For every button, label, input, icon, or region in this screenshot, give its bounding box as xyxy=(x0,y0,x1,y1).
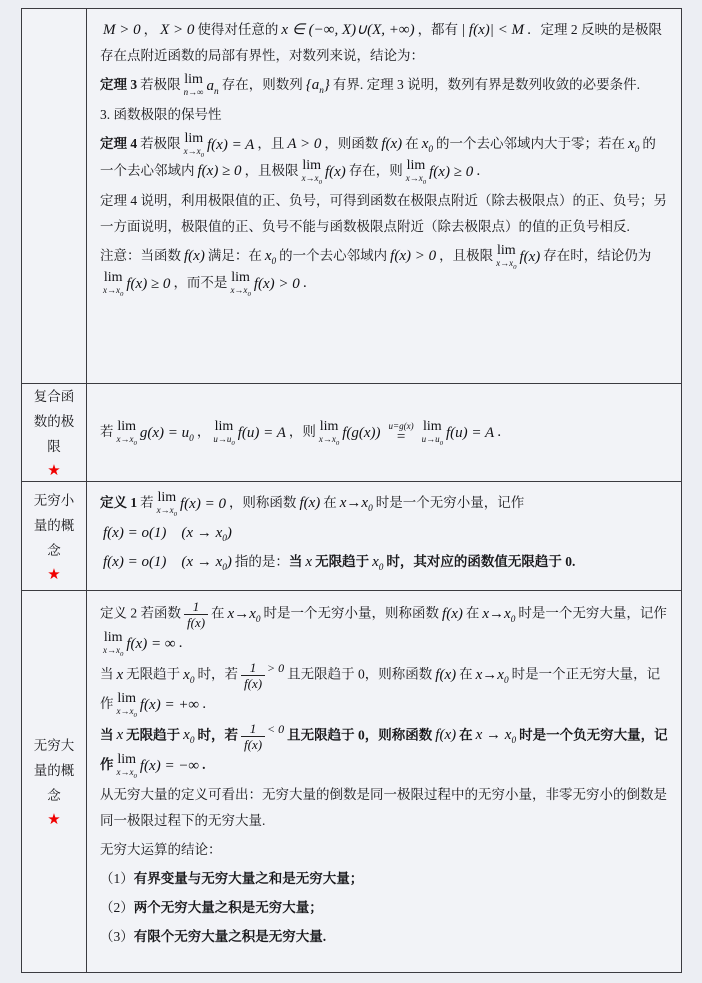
math-inline: x ∈ (−∞, X)∪(X, +∞) xyxy=(281,22,414,38)
paragraph: 当x无限趋于x0时，若1f(x)< 0且无限趋于 0，则称函数f(x)在x → … xyxy=(100,721,669,779)
limit-stack: limx→x0 xyxy=(103,271,123,296)
paragraph: 从无穷大量的定义可看出：无穷大量的倒数是同一极限过程中的无穷小量，非零无穷小的倒… xyxy=(100,782,669,834)
bold-heading: 定义 1 xyxy=(100,495,137,510)
text-run: 无限趋于 xyxy=(126,667,180,682)
math-inline: x0 xyxy=(183,727,194,743)
limit-stack: limx→x0 xyxy=(157,491,177,516)
limit-expression: limx→x0f(x) = +∞ xyxy=(117,692,200,718)
paragraph: （3）有限个无穷大量之积是无穷大量. xyxy=(100,924,669,950)
table-row-infinitesimal-concept: 无穷小量的概念★定义 1若limx→x0f(x) = 0，则称函数f(x)在x→… xyxy=(22,482,681,591)
limit-subscript: x→x0 xyxy=(184,146,204,157)
bold-text-run: . xyxy=(202,757,205,772)
text-run: 注意：当函数 xyxy=(100,248,181,263)
limit-expression: limx→x0f(x) = A xyxy=(184,132,255,158)
text-run: （2） xyxy=(100,900,134,915)
text-run: ， xyxy=(144,22,158,37)
fraction-denominator: f(x) xyxy=(184,614,208,630)
math-inline: f(x) xyxy=(435,667,456,683)
math-inline: f(x) = o(1) (x → x0) xyxy=(103,525,232,541)
limit-expression: limu→u0f(u) = A xyxy=(213,420,286,446)
fraction-comparison: < 0 xyxy=(267,716,284,742)
paragraph: （1）有界变量与无穷大量之和是无穷大量； xyxy=(100,866,669,892)
text-run: ，且极限 xyxy=(245,163,299,178)
text-run: ，而不是 xyxy=(173,275,227,290)
star-icon: ★ xyxy=(47,565,60,585)
math-inline: x0 xyxy=(422,136,433,152)
text-run: 从无穷大量的定义可看出：无穷大量的倒数是同一极限过程中的无穷小量，非零无穷小的倒… xyxy=(100,787,667,828)
text-run: 若极限 xyxy=(140,77,181,92)
text-run: 3. 函数极限的保号性 xyxy=(100,107,222,122)
row-header-label: 复合函 xyxy=(34,384,75,409)
limit-subscript: u→u0 xyxy=(422,434,443,445)
fraction-numerator: 1 xyxy=(248,721,259,736)
text-run: 定义 2 若函数 xyxy=(100,606,181,621)
limit-body: f(x) = ∞ xyxy=(126,631,175,657)
limit-word: lim xyxy=(423,420,442,434)
limit-expression: limx→x0f(x) ≥ 0 xyxy=(103,271,170,297)
paragraph: 3. 函数极限的保号性 xyxy=(100,102,669,128)
row-header-label: 量的概 xyxy=(34,513,75,538)
text-run: 无穷大运算的结论： xyxy=(100,842,222,857)
limit-word: lim xyxy=(231,271,250,285)
text-run: 的一个去心邻域内大于零；若在 xyxy=(436,136,625,151)
limit-body: f(x) ≥ 0 xyxy=(126,271,170,297)
limit-expression: limx→x0g(x) = u0 xyxy=(117,420,194,446)
limit-expression: limx→x0f(x) xyxy=(496,244,540,270)
bold-text-run: 无限趋于 xyxy=(315,554,369,569)
math-inline: A > 0 xyxy=(287,136,321,152)
limit-expression: limx→x0f(g(x)) xyxy=(319,420,381,446)
text-run: 存在，则数列 xyxy=(222,77,303,92)
bold-text-run: 有限个无穷大量之积是无穷大量. xyxy=(134,929,326,944)
paragraph: 无穷大运算的结论： xyxy=(100,837,669,863)
bold-text-run: 有界变量与无穷大量之和是无穷大量； xyxy=(134,871,364,886)
math-inline: X > 0 xyxy=(160,22,194,38)
fraction-denominator: f(x) xyxy=(241,736,265,752)
text-run: ． xyxy=(476,163,490,178)
text-run: 在 xyxy=(459,667,473,682)
fraction: 1f(x)< 0 xyxy=(241,721,284,752)
limit-stack: limx→x0 xyxy=(117,420,137,445)
math-inline: x xyxy=(305,554,312,570)
limit-expression: limu→u0f(u) = A xyxy=(422,420,495,446)
math-inline: | f(x)| < M xyxy=(461,22,524,38)
paragraph: 定理 3若极限limn→∞an存在，则数列{an}有界. 定理 3 说明，数列有… xyxy=(100,72,669,99)
limit-expression: limn→∞an xyxy=(184,73,219,99)
paragraph: 定理 4若极限limx→x0f(x) = A，且A > 0，则函数f(x)在x0… xyxy=(100,131,669,185)
math-inline: f(x) ≥ 0 xyxy=(198,163,242,179)
math-inline: f(x) xyxy=(435,727,456,743)
limit-stack: limx→x0 xyxy=(496,244,516,269)
text-run: （1） xyxy=(100,871,134,886)
text-run: 时是一个无穷小量，记作 xyxy=(376,495,525,510)
text-run: ． xyxy=(303,275,317,290)
limit-stack: limu→u0 xyxy=(213,420,234,445)
row-content-cell: M > 0，X > 0使得对任意的x ∈ (−∞, X)∪(X, +∞)，都有|… xyxy=(87,9,681,383)
star-icon: ★ xyxy=(47,810,60,830)
text-run: （3） xyxy=(100,929,134,944)
math-inline: x xyxy=(117,727,124,743)
text-run: ． xyxy=(179,635,193,650)
math-inline: x0 xyxy=(372,554,383,570)
math-inline: x→x0 xyxy=(228,606,261,622)
text-run: 在 xyxy=(466,606,480,621)
text-run: 的一个去心邻域内 xyxy=(279,248,387,263)
limit-stack: limx→x0 xyxy=(103,631,123,656)
paragraph: 当x无限趋于x0时，若1f(x)> 0且无限趋于 0，则称函数f(x)在x→x0… xyxy=(100,660,669,718)
text-run: ． xyxy=(497,424,511,439)
text-run: 使得对任意的 xyxy=(197,22,278,37)
limit-expression: limx→x0f(x) > 0 xyxy=(230,271,299,297)
text-run: 存在，则 xyxy=(349,163,403,178)
paragraph: f(x) = o(1) (x → x0) xyxy=(100,520,669,546)
limit-stack: limx→x0 xyxy=(319,420,339,445)
limit-word: lim xyxy=(184,73,203,87)
text-run: ，则函数 xyxy=(324,136,378,151)
limit-stack: limn→∞ xyxy=(184,73,204,98)
limit-word: lim xyxy=(104,631,123,645)
text-run: ，且 xyxy=(257,136,284,151)
limit-subscript: x→x0 xyxy=(406,173,426,184)
limit-body: f(u) = A xyxy=(446,420,494,446)
limit-subscript: x→x0 xyxy=(117,706,137,717)
fraction-comparison: > 0 xyxy=(267,655,284,681)
limit-body: f(g(x)) xyxy=(342,420,380,446)
text-run: 在 xyxy=(323,495,337,510)
math-inline: f(x) xyxy=(442,606,463,622)
limit-body: an xyxy=(207,73,219,99)
limit-subscript: x→x0 xyxy=(117,767,137,778)
bold-text-run: 时，其对应的函数值无限趋于 0. xyxy=(386,554,575,569)
bold-text-run: 当 xyxy=(289,554,303,569)
text-run: 有界. 定理 3 说明，数列有界是数列收敛的必要条件. xyxy=(333,77,640,92)
math-inline: x0 xyxy=(183,667,194,683)
limit-expression: limx→x0f(x) = ∞ xyxy=(103,631,176,657)
text-run: ， xyxy=(197,424,211,439)
limit-word: lim xyxy=(157,491,176,505)
bold-heading: 定理 3 xyxy=(100,77,137,92)
table-row-infinity-concept: 无穷大量的概念★定义 2 若函数1f(x)在x→x0时是一个无穷小量，则称函数f… xyxy=(22,591,681,972)
limit-stack: limx→x0 xyxy=(117,692,137,717)
star-icon: ★ xyxy=(47,461,60,481)
paragraph: f(x) = o(1) (x → x0)指的是：当x无限趋于x0时，其对应的函数… xyxy=(100,549,669,575)
text-run: ，且极限 xyxy=(439,248,493,263)
row-content-cell: 定义 2 若函数1f(x)在x→x0时是一个无穷小量，则称函数f(x)在x→x0… xyxy=(87,591,681,972)
text-run: 且无限趋于 0，则称函数 xyxy=(287,667,432,682)
bold-text-run: 无限趋于 xyxy=(126,727,180,742)
text-run: 满足：在 xyxy=(208,248,262,263)
bold-heading: 定理 4 xyxy=(100,136,137,151)
limit-word: lim xyxy=(320,420,339,434)
row-header-label: 无穷大 xyxy=(34,733,75,758)
text-run: 若 xyxy=(140,495,154,510)
fraction-denominator: f(x) xyxy=(241,675,265,691)
limit-expression: limx→x0f(x) = 0 xyxy=(157,491,226,517)
math-inline: M > 0 xyxy=(103,22,141,38)
limit-word: lim xyxy=(302,159,321,173)
text-run: 定理 4 说明，利用极限值的正、负号，可得到函数在极限点附近（除去极限点）的正、… xyxy=(100,193,667,234)
text-run: ，则 xyxy=(289,424,316,439)
paragraph: 定义 1若limx→x0f(x) = 0，则称函数f(x)在x→x0时是一个无穷… xyxy=(100,490,669,517)
math-inline: x→x0 xyxy=(476,667,509,683)
notes-table: M > 0，X > 0使得对任意的x ∈ (−∞, X)∪(X, +∞)，都有|… xyxy=(21,8,682,973)
row-header-label: 量的概 xyxy=(34,758,75,783)
math-inline: x0 xyxy=(628,136,639,152)
fraction-numerator: 1 xyxy=(248,660,259,675)
row-header-label: 数的极 xyxy=(34,409,75,434)
math-inline: x → x0 xyxy=(476,727,516,743)
paragraph: 注意：当函数f(x)满足：在x0的一个去心邻域内f(x) > 0，且极限limx… xyxy=(100,243,669,297)
limit-stack: limx→x0 xyxy=(302,159,322,184)
row-header-cell: 无穷大量的概念★ xyxy=(22,591,87,972)
text-run: 时是一个无穷大量，记作 xyxy=(518,606,667,621)
row-header-label: 无穷小 xyxy=(34,488,75,513)
paragraph: M > 0，X > 0使得对任意的x ∈ (−∞, X)∪(X, +∞)，都有|… xyxy=(100,17,669,69)
equals-sign: = xyxy=(397,431,405,444)
math-inline: f(x) xyxy=(299,495,320,511)
limit-word: lim xyxy=(104,271,123,285)
limit-subscript: n→∞ xyxy=(184,87,204,98)
bold-text-run: 在 xyxy=(459,727,473,742)
math-inline: x→x0 xyxy=(482,606,515,622)
paragraph: （2）两个无穷大量之积是无穷大量； xyxy=(100,895,669,921)
limit-expression: limx→x0f(x) = −∞ xyxy=(117,753,200,779)
row-header-label: 念 xyxy=(47,783,61,808)
limit-body: g(x) = u0 xyxy=(140,420,194,446)
limit-expression: limx→x0f(x) ≥ 0 xyxy=(406,159,473,185)
text-run: 若 xyxy=(100,424,114,439)
paragraph: 定义 2 若函数1f(x)在x→x0时是一个无穷小量，则称函数f(x)在x→x0… xyxy=(100,599,669,657)
math-inline: f(x) xyxy=(381,136,402,152)
paragraph: 定理 4 说明，利用极限值的正、负号，可得到函数在极限点附近（除去极限点）的正、… xyxy=(100,188,669,240)
row-header-cell xyxy=(22,9,87,383)
limit-body: f(x) = −∞ xyxy=(140,753,199,779)
fraction-stack: 1f(x) xyxy=(241,721,265,752)
equals-with-superscript: u=g(x)= xyxy=(389,421,414,444)
text-run: 在 xyxy=(405,136,419,151)
text-run: 若极限 xyxy=(140,136,181,151)
limit-subscript: x→x0 xyxy=(230,285,250,296)
limit-word: lim xyxy=(184,132,203,146)
text-run: 存在时，结论仍为 xyxy=(543,248,651,263)
limit-body: f(x) xyxy=(325,159,346,185)
text-run: ． xyxy=(202,696,216,711)
limit-stack: limu→u0 xyxy=(422,420,443,445)
text-run: 在 xyxy=(211,606,225,621)
limit-word: lim xyxy=(215,420,234,434)
limit-subscript: x→x0 xyxy=(302,173,322,184)
row-header-cell: 复合函数的极限★ xyxy=(22,384,87,481)
limit-expression: limx→x0f(x) xyxy=(302,159,346,185)
text-run: 时是一个无穷小量，则称函数 xyxy=(264,606,440,621)
row-content-cell: 定义 1若limx→x0f(x) = 0，则称函数f(x)在x→x0时是一个无穷… xyxy=(87,482,681,590)
limit-stack: limx→x0 xyxy=(406,159,426,184)
limit-stack: limx→x0 xyxy=(184,132,204,157)
limit-word: lim xyxy=(117,753,136,767)
fraction: 1f(x) xyxy=(184,599,208,630)
limit-body: f(x) = 0 xyxy=(180,491,226,517)
limit-word: lim xyxy=(407,159,426,173)
limit-subscript: x→x0 xyxy=(157,505,177,516)
fraction-numerator: 1 xyxy=(191,599,202,614)
text-run: 时，若 xyxy=(198,667,239,682)
limit-subscript: x→x0 xyxy=(117,434,137,445)
limit-stack: limx→x0 xyxy=(230,271,250,296)
text-run: 当 xyxy=(100,667,114,682)
text-run: ，则称函数 xyxy=(229,495,297,510)
paragraph: 若limx→x0g(x) = u0，limu→u0f(u) = A，则limx→… xyxy=(100,419,669,446)
bold-text-run: 两个无穷大量之积是无穷大量； xyxy=(134,900,323,915)
math-inline: x→x0 xyxy=(340,495,373,511)
limit-subscript: x→x0 xyxy=(103,285,123,296)
math-inline: x xyxy=(117,667,124,683)
bold-text-run: 且无限趋于 0，则称函数 xyxy=(287,727,432,742)
row-header-cell: 无穷小量的概念★ xyxy=(22,482,87,590)
limit-body: f(x) > 0 xyxy=(254,271,300,297)
table-row-limit-theorems-continued: M > 0，X > 0使得对任意的x ∈ (−∞, X)∪(X, +∞)，都有|… xyxy=(22,9,681,384)
math-inline: f(x) = o(1) (x → x0) xyxy=(103,554,232,570)
limit-body: f(x) = A xyxy=(207,132,254,158)
limit-word: lim xyxy=(497,244,516,258)
limit-subscript: x→x0 xyxy=(319,434,339,445)
table-row-composite-function-limit: 复合函数的极限★若limx→x0g(x) = u0，limu→u0f(u) = … xyxy=(22,384,681,482)
limit-word: lim xyxy=(117,692,136,706)
math-inline: x0 xyxy=(265,248,276,264)
text-run: 指的是： xyxy=(235,554,289,569)
fraction: 1f(x)> 0 xyxy=(241,660,284,691)
math-inline: f(x) > 0 xyxy=(390,248,436,264)
limit-body: f(x) = +∞ xyxy=(140,692,199,718)
bold-text-run: 当 xyxy=(100,727,114,742)
text-run: ，都有 xyxy=(418,22,459,37)
bold-text-run: 时，若 xyxy=(198,727,239,742)
limit-word: lim xyxy=(117,420,136,434)
limit-stack: limx→x0 xyxy=(117,753,137,778)
limit-subscript: u→u0 xyxy=(213,434,234,445)
math-inline: {an} xyxy=(306,77,330,93)
row-header-label: 念 xyxy=(47,538,61,563)
row-content-cell: 若limx→x0g(x) = u0，limu→u0f(u) = A，则limx→… xyxy=(87,384,681,481)
limit-body: f(u) = A xyxy=(238,420,286,446)
math-inline: f(x) xyxy=(184,248,205,264)
fraction-stack: 1f(x) xyxy=(184,599,208,630)
limit-body: f(x) ≥ 0 xyxy=(429,159,473,185)
fraction-stack: 1f(x) xyxy=(241,660,265,691)
limit-body: f(x) xyxy=(519,244,540,270)
limit-subscript: x→x0 xyxy=(103,645,123,656)
row-header-label: 限 xyxy=(47,434,61,459)
limit-subscript: x→x0 xyxy=(496,258,516,269)
